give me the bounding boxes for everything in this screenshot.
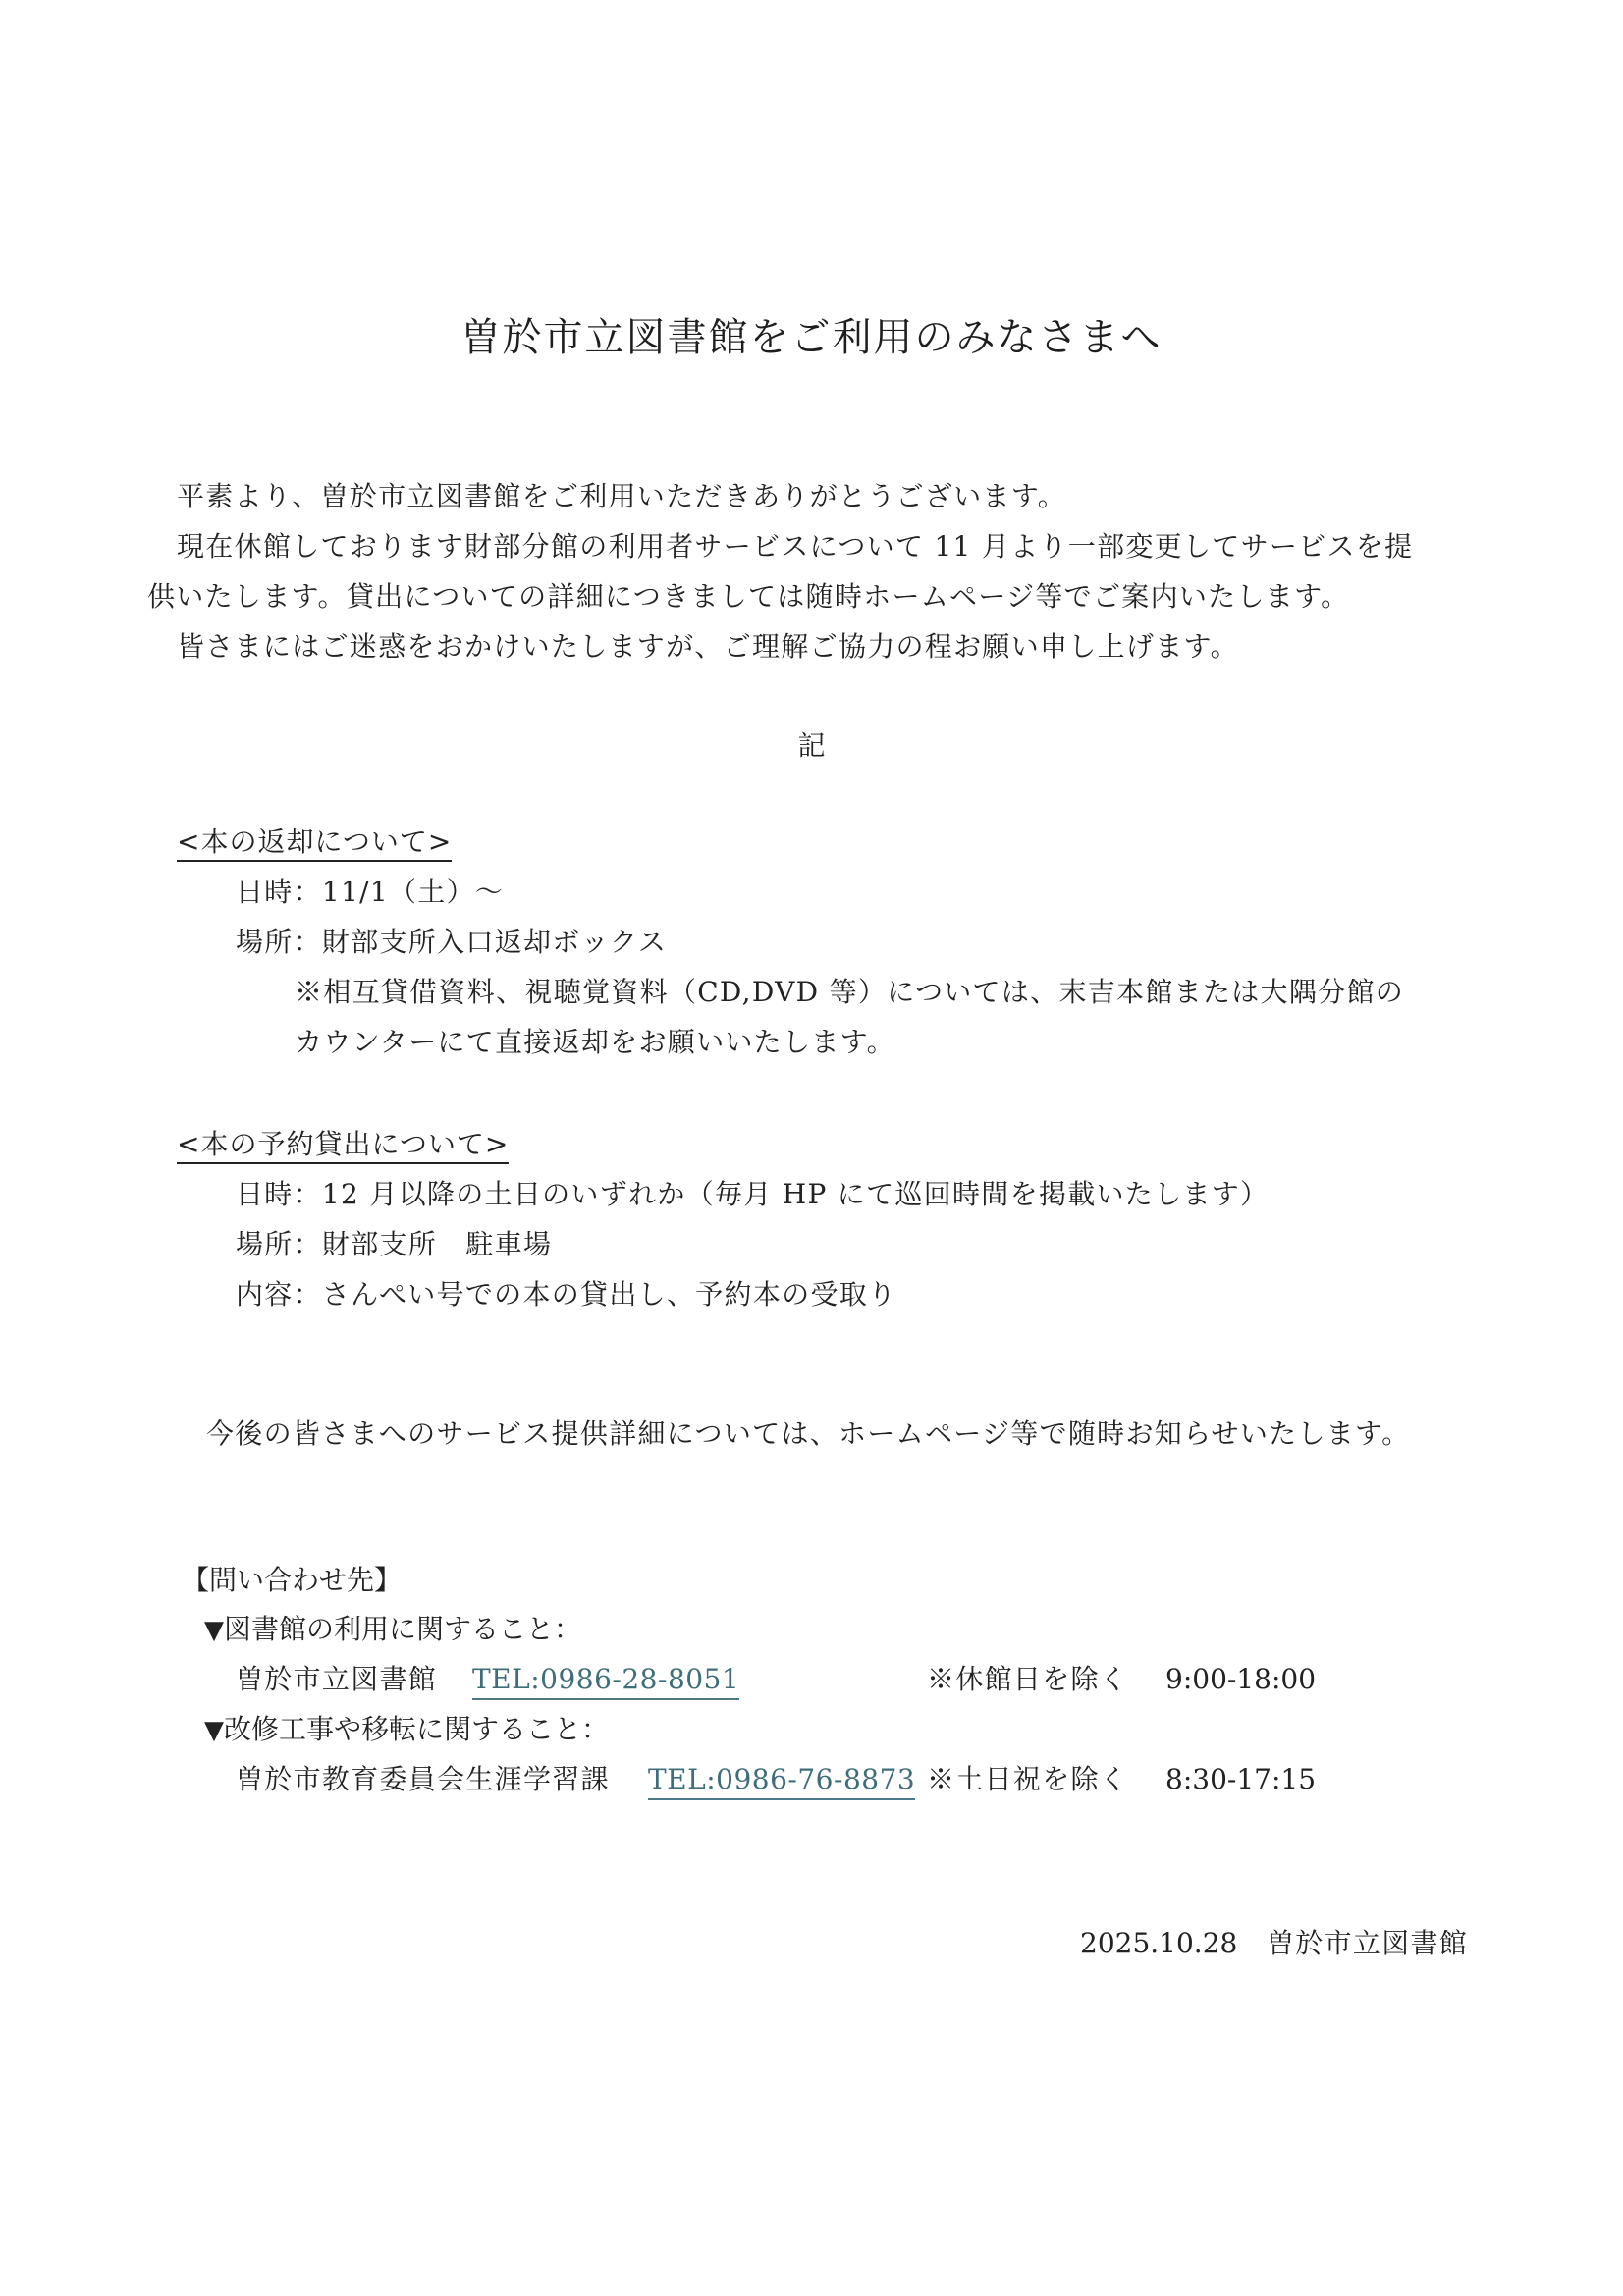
returns-note-line-2: カウンターにて直接返却をお願いいたします。: [295, 1025, 895, 1060]
contact-hours-education: 8:30-17:15: [1165, 1762, 1316, 1797]
contact-heading: 【問い合わせ先】: [182, 1563, 402, 1598]
contact-tel-library-wrap: TEL:0986-28-8051: [472, 1662, 739, 1697]
returns-heading: <本の返却について>: [177, 826, 452, 862]
signature-issuer: 曽於市立図書館: [1267, 1926, 1468, 1961]
triangle-down-icon: ▼: [204, 1716, 224, 1745]
document-page: 曽於市立図書館をご利用のみなさまへ 平素より、曽於市立図書館をご利用いただきあり…: [0, 0, 1623, 2296]
contact-note-library: ※休館日を除く: [927, 1662, 1128, 1697]
contact-hours-library: 9:00-18:00: [1165, 1662, 1316, 1697]
triangle-down-icon: ▼: [204, 1616, 224, 1645]
contact-tel-education-wrap: TEL:0986-76-8873: [648, 1762, 915, 1797]
intro-line-1: 平素より、曽於市立図書館をご利用いただきありがとうございます。: [177, 479, 1066, 514]
document-title: 曽於市立図書館をご利用のみなさまへ: [0, 312, 1623, 363]
reservations-section: <本の予約貸出について>: [177, 1127, 509, 1162]
returns-place: 場所：財部支所入口返却ボックス: [236, 925, 667, 960]
ki-marker: 記: [0, 728, 1623, 764]
tel-link-library[interactable]: TEL:0986-28-8051: [472, 1663, 739, 1700]
contact-topic-library: ▼図書館の利用に関すること：: [204, 1612, 581, 1648]
returns-note-line-1: ※相互貸借資料、視聴覚資料（CD,DVD 等）については、末吉本館または大隅分館…: [295, 975, 1404, 1010]
closing-statement: 今後の皆さまへのサービス提供詳細については、ホームページ等で随時お知らせいたしま…: [206, 1416, 1410, 1452]
reservations-datetime: 日時：12 月以降の土日のいずれか（毎月 HP にて巡回時間を掲載いたします）: [236, 1177, 1269, 1212]
intro-line-2: 現在休館しております財部分館の利用者サービスについて 11 月より一部変更してサ…: [177, 529, 1413, 564]
returns-section: <本の返却について>: [177, 825, 452, 860]
signature-date: 2025.10.28: [1080, 1926, 1237, 1961]
intro-line-3: 供いたします。貸出についての詳細につきましては随時ホームページ等でご案内いたしま…: [147, 579, 1349, 614]
contact-topic-renovation: ▼改修工事や移転に関すること：: [204, 1712, 609, 1748]
contact-org-education: 曽於市教育委員会生涯学習課: [236, 1762, 610, 1797]
contact-topic-label: 改修工事や移転に関すること：: [224, 1713, 609, 1745]
reservations-place: 場所：財部支所 駐車場: [236, 1227, 552, 1262]
reservations-heading: <本の予約貸出について>: [177, 1128, 509, 1164]
tel-link-education[interactable]: TEL:0986-76-8873: [648, 1763, 915, 1800]
contact-org-library: 曽於市立図書館: [236, 1662, 437, 1697]
contact-topic-label: 図書館の利用に関すること：: [224, 1613, 581, 1645]
returns-datetime: 日時：11/1（土）～: [236, 875, 504, 910]
contact-note-education: ※土日祝を除く: [927, 1762, 1128, 1797]
intro-line-4: 皆さまにはご迷惑をおかけいたしますが、ご理解ご協力の程お願い申し上げます。: [177, 629, 1239, 665]
reservations-content: 内容：さんぺい号での本の貸出し、予約本の受取り: [236, 1277, 896, 1312]
